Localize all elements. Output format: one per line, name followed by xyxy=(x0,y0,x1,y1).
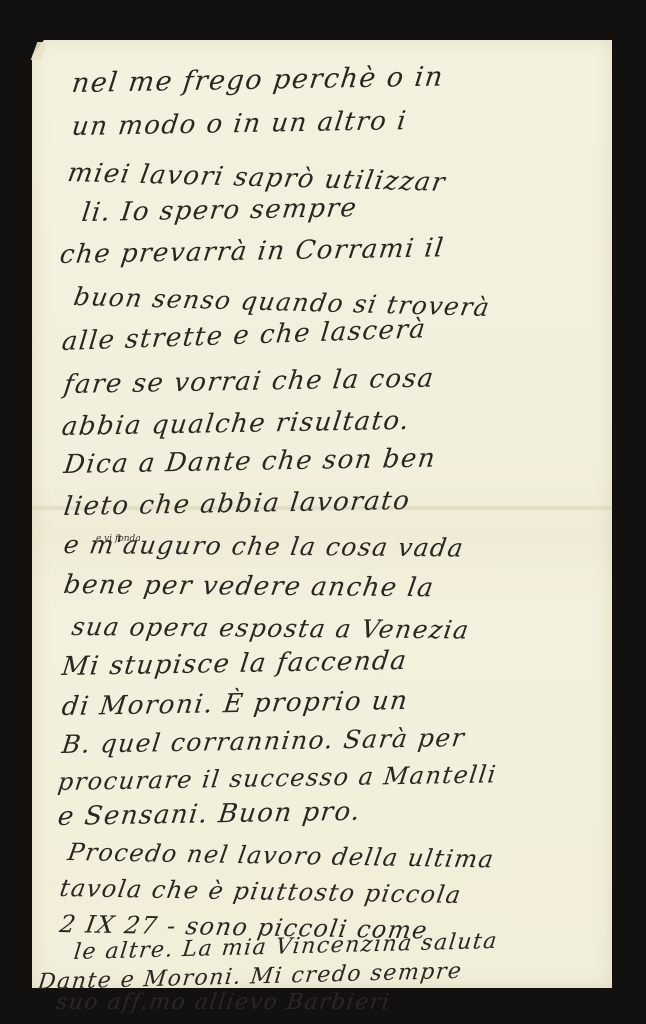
handwritten-line: fare se vorrai che la cosa xyxy=(62,363,436,400)
handwritten-line: Mi stupisce la faccenda xyxy=(60,646,409,682)
handwritten-line: B. quel corrannino. Sarà per xyxy=(60,723,467,759)
handwritten-line: che prevarrà in Corrami il xyxy=(58,233,446,270)
handwritten-line: nel me frego perchè o in xyxy=(70,61,446,99)
handwritten-line: bene per vedere anche la xyxy=(62,570,437,603)
handwritten-line: e Sensani. Buon pro. xyxy=(56,797,363,832)
handwritten-line: Dica a Dante che son ben xyxy=(62,443,438,480)
handwritten-line: sua opera esposta a Venezia xyxy=(70,612,472,644)
handwritten-line: tavola che è piuttosto piccola xyxy=(58,874,464,909)
handwritten-line: procurare il successo a Mantelli xyxy=(56,760,498,796)
handwritten-line: alle strette e che lascerà xyxy=(60,314,428,357)
handwritten-line: lieto che abbia lavorato xyxy=(62,486,412,522)
handwritten-line: miei lavori saprò utilizzar xyxy=(65,158,448,198)
handwritten-line: li. Io spero sempre xyxy=(80,193,359,228)
handwritten-line: di Moroni. È proprio un xyxy=(60,686,410,722)
signature-line: suo aff.mo allievo Barbieri xyxy=(54,990,392,1015)
interlinear-annotation: e vi fonda xyxy=(96,534,141,544)
handwritten-line: buon senso quando si troverà xyxy=(72,282,493,322)
scan-background: nel me frego perchè o in un modo o in un… xyxy=(0,0,646,1024)
letter-page: nel me frego perchè o in un modo o in un… xyxy=(32,40,612,988)
handwritten-line: un modo o in un altro i xyxy=(70,106,409,142)
handwritten-line: abbia qualche risultato. xyxy=(60,406,412,442)
handwritten-line: Procedo nel lavoro della ultima xyxy=(66,838,497,873)
